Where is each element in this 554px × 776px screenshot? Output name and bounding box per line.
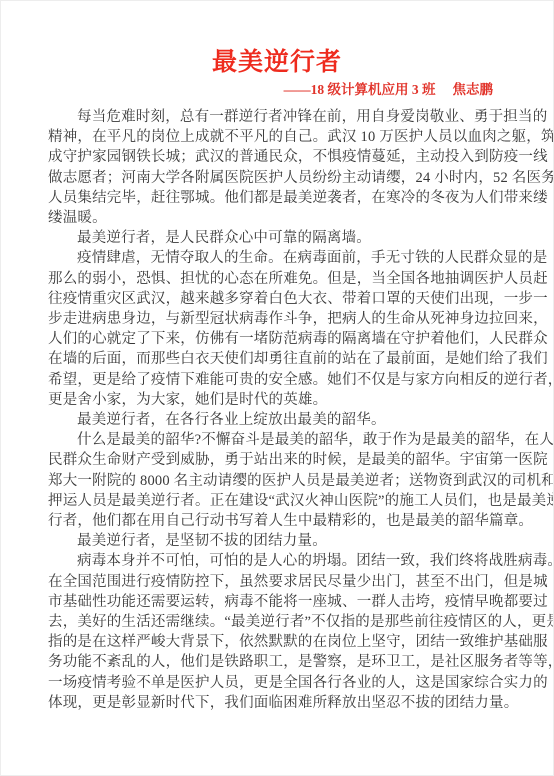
text-line: 步走进病患身边，与新型冠状病毒作斗争，把病人的生命从死神身边拉回来， (48, 309, 541, 329)
text-line: 最美逆行者，是人民群众心中可靠的隔离墙。 (48, 228, 541, 248)
text-line: 更是舍小家，为大家，她们是时代的英雄。 (48, 390, 541, 410)
text-line: 做志愿者；河南大学各附属医院医护人员纷纷主动请缨，24 小时内，52 名医务 (48, 168, 541, 188)
text-line: 精神，在平凡的岗位上成就不平凡的自己。武汉 10 万医护人员以血肉之躯，筑 (48, 127, 541, 147)
text-line: 每当危难时刻，总有一群逆行者冲锋在前，用自身爱岗敬业、勇于担当的 (48, 107, 541, 127)
text-line: 最美逆行者，在各行各业上绽放出最美的韶华。 (48, 410, 541, 430)
text-line: 希望，更是给了疫情下难能可贵的安全感。她们不仅是与家方向相反的逆行者， (48, 370, 541, 390)
text-line: 体现，更是彰显新时代下，我们面临困难所释放出坚忍不拔的团结力量。 (48, 693, 541, 713)
text-line: 人们的心就定了下来，仿佛有一堵防范病毒的隔离墙在守护着他们，人民群众 (48, 329, 541, 349)
text-line: 民群众生命财产受到威胁，勇于站出来的时候，是最美的韶华。宇宙第一医院 (48, 450, 541, 470)
text-line: 成守护家园钢铁长城；武汉的普通民众，不惧疫情蔓延，主动投入到防疫一线 (48, 147, 541, 167)
text-line: 一场疫情考验不单是医护人员，更是全国各行各业的人，这是国家综合实力的 (48, 673, 541, 693)
text-line: 人员集结完毕，赶往鄂城。他们都是最美逆袭者，在寒冷的冬夜为人们带来缕 (48, 188, 541, 208)
paragraph: 最美逆行者，是人民群众心中可靠的隔离墙。 (48, 228, 541, 248)
text-line: 什么是最美的韶华?不懈奋斗是最美的韶华，敢于作为是最美的韶华，在人 (48, 430, 541, 450)
text-line: 押运人员是最美逆行者。正在建设“武汉火神山医院”的施工人员们，也是最美逆 (48, 491, 541, 511)
text-line: 在全国范围进行疫情防控下，虽然要求居民尽量少出门，甚至不出门，但是城 (48, 572, 541, 592)
document-title: 最美逆行者 (1, 47, 553, 77)
text-line: 市基础性功能还需要运转，病毒不能将一座城、一群人击垮，疫情早晚都要过 (48, 592, 541, 612)
text-line: 在墙的后面，而那些白衣天使们却勇往直前的站在了最前面，是她们给了我们 (48, 349, 541, 369)
document-body: 每当危难时刻，总有一群逆行者冲锋在前，用自身爱岗敬业、勇于担当的精神，在平凡的岗… (48, 107, 541, 713)
paragraph: 什么是最美的韶华?不懈奋斗是最美的韶华，敢于作为是最美的韶华，在人民群众生命财产… (48, 430, 541, 531)
text-line: 行者，他们都在用自己行动书写着人生中最精彩的，也是最美的韶华篇章。 (48, 511, 541, 531)
text-line: 缕温暖。 (48, 208, 541, 228)
text-line: 郑大一附院的 8000 名主动请缨的医护人员是最美逆者；送物资到武汉的司机和 (48, 471, 541, 491)
byline-class-label: ——18 级计算机应用 3 班 (284, 82, 436, 97)
text-line: 疫情肆虐，无情夺取人的生命。在病毒面前，手无寸铁的人民群众显的是 (48, 248, 541, 268)
document-page: 最美逆行者 ——18 级计算机应用 3 班焦志鹏 每当危难时刻，总有一群逆行者冲… (0, 0, 554, 776)
text-line: 指的是在这样严峻大背景下，依然默默的在岗位上坚守，团结一致维护基础服 (48, 632, 541, 652)
paragraph: 最美逆行者，在各行各业上绽放出最美的韶华。 (48, 410, 541, 430)
paragraph: 最美逆行者，是坚韧不拔的团结力量。 (48, 531, 541, 551)
byline: ——18 级计算机应用 3 班焦志鹏 (1, 81, 553, 99)
text-line: 去，美好的生活还需继续。“最美逆行者”不仅指的是那些前往疫情区的人，更是 (48, 612, 541, 632)
paragraph: 病毒本身并不可怕，可怕的是人心的坍塌。团结一致，我们终将战胜病毒。在全国范围进行… (48, 551, 541, 713)
paragraph: 疫情肆虐，无情夺取人的生命。在病毒面前，手无寸铁的人民群众显的是那么的弱小，恐惧… (48, 248, 541, 410)
paragraph: 每当危难时刻，总有一群逆行者冲锋在前，用自身爱岗敬业、勇于担当的精神，在平凡的岗… (48, 107, 541, 228)
byline-author: 焦志鹏 (453, 82, 494, 97)
text-line: 病毒本身并不可怕，可怕的是人心的坍塌。团结一致，我们终将战胜病毒。 (48, 551, 541, 571)
text-line: 那么的弱小，恐惧、担忧的心态在所难免。但是，当全国各地抽调医护人员赶 (48, 269, 541, 289)
text-line: 往疫情重灾区武汉，越来越多穿着白色大衣、带着口罩的天使们出现，一步一 (48, 289, 541, 309)
text-line: 务功能不紊乱的人，他们是铁路职工，是警察，是环卫工，是社区服务者等等， (48, 652, 541, 672)
text-line: 最美逆行者，是坚韧不拔的团结力量。 (48, 531, 541, 551)
